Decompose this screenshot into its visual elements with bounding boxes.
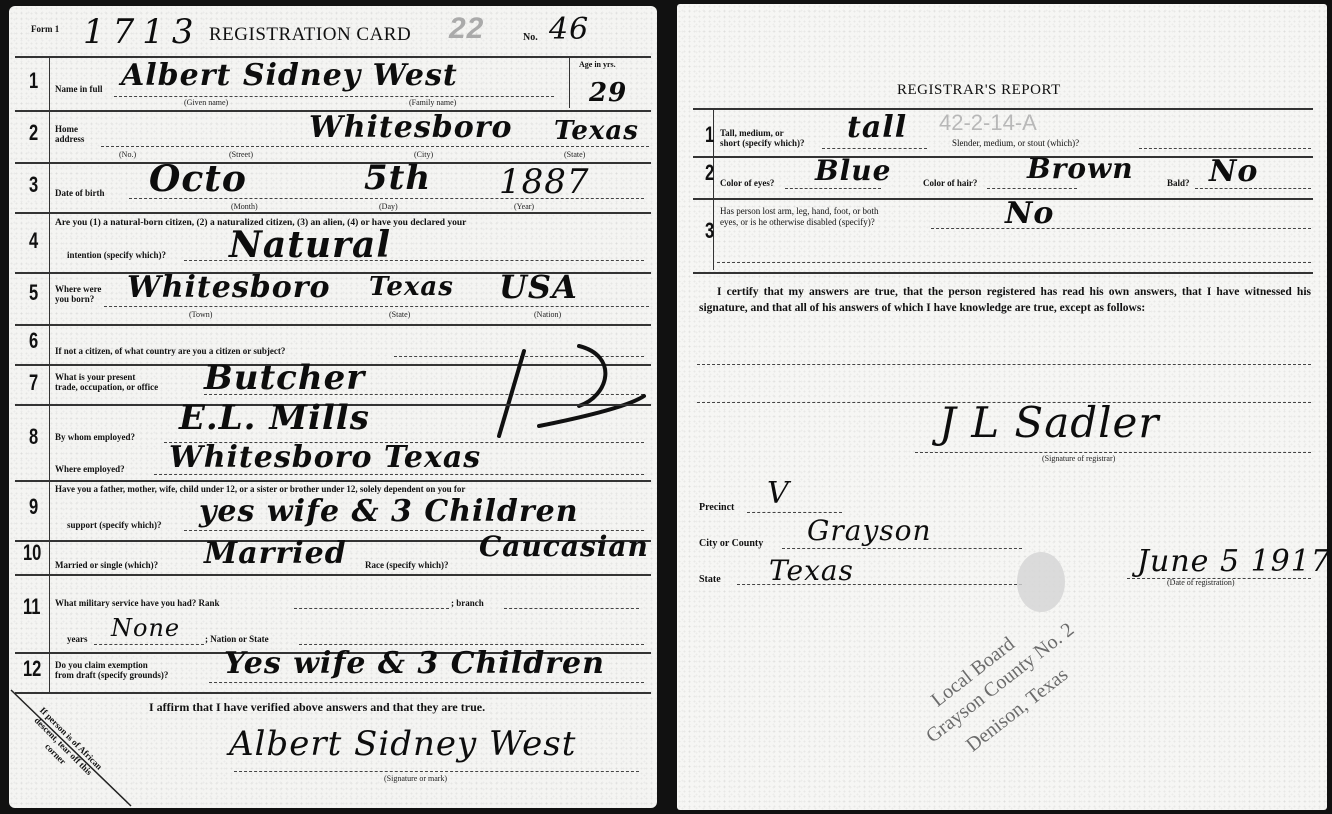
form-label: Form 1	[31, 24, 59, 34]
exemption-value: Yes wife & 3 Children	[224, 646, 605, 681]
registration-date: June 5 1917	[1137, 544, 1331, 579]
height-value: tall	[847, 110, 907, 145]
certification-text: I certify that my answers are true, that…	[699, 284, 1311, 316]
home-city: Whitesboro	[309, 110, 513, 145]
ink-scrawl	[459, 336, 649, 446]
occupation-value: Butcher	[204, 358, 365, 398]
hair-color-value: Brown	[1027, 152, 1134, 185]
birth-month: Octo	[149, 158, 247, 200]
faint-stamp: 42-2-14-A	[939, 110, 1037, 136]
affirmation-text: I affirm that I have verified above answ…	[149, 700, 485, 715]
report-title: REGISTRAR'S REPORT	[897, 82, 1061, 99]
row-number: 1	[29, 68, 38, 94]
employer-value: E.L. Mills	[179, 398, 370, 438]
name-value: Albert Sidney West	[121, 58, 458, 93]
birth-state: Texas	[369, 272, 454, 302]
citizenship-value: Natural	[229, 224, 391, 266]
county-value: Grayson	[807, 514, 932, 547]
thumbprint-smudge	[1017, 552, 1065, 612]
registration-number: 46	[549, 12, 589, 47]
eye-color-value: Blue	[815, 154, 891, 187]
race-value: Caucasian	[479, 530, 649, 563]
state-value: Texas	[769, 554, 854, 587]
serial-number: 1713	[83, 12, 202, 52]
no-label: No.	[523, 32, 538, 43]
precinct-value: V	[767, 476, 790, 511]
registration-card: Form 1 1713 REGISTRATION CARD 22 No. 46 …	[9, 6, 657, 808]
birth-nation: USA	[499, 268, 578, 306]
registrant-signature: Albert Sidney West	[229, 724, 576, 764]
age-label: Age in yrs.	[579, 60, 616, 69]
name-label: Name in full	[55, 84, 103, 94]
bald-value: No	[1209, 154, 1258, 189]
registrar-signature: J L Sadler	[939, 398, 1160, 447]
employment-place: Whitesboro Texas	[169, 440, 481, 475]
age-value: 29	[589, 78, 627, 108]
registrars-report-card: REGISTRAR'S REPORT 42-2-14-A 1 Tall, med…	[677, 4, 1327, 810]
birth-day: 5th	[364, 158, 431, 198]
stamp-number: 22	[449, 12, 484, 46]
card-title: REGISTRATION CARD	[209, 24, 411, 46]
dependents-value: yes wife & 3 Children	[199, 494, 579, 529]
disability-value: No	[1005, 196, 1054, 231]
military-years-value: None	[111, 614, 180, 642]
home-state: Texas	[554, 116, 639, 146]
marital-status-value: Married	[204, 536, 347, 571]
birth-year: 1887	[499, 162, 590, 202]
birth-town: Whitesboro	[127, 270, 331, 305]
